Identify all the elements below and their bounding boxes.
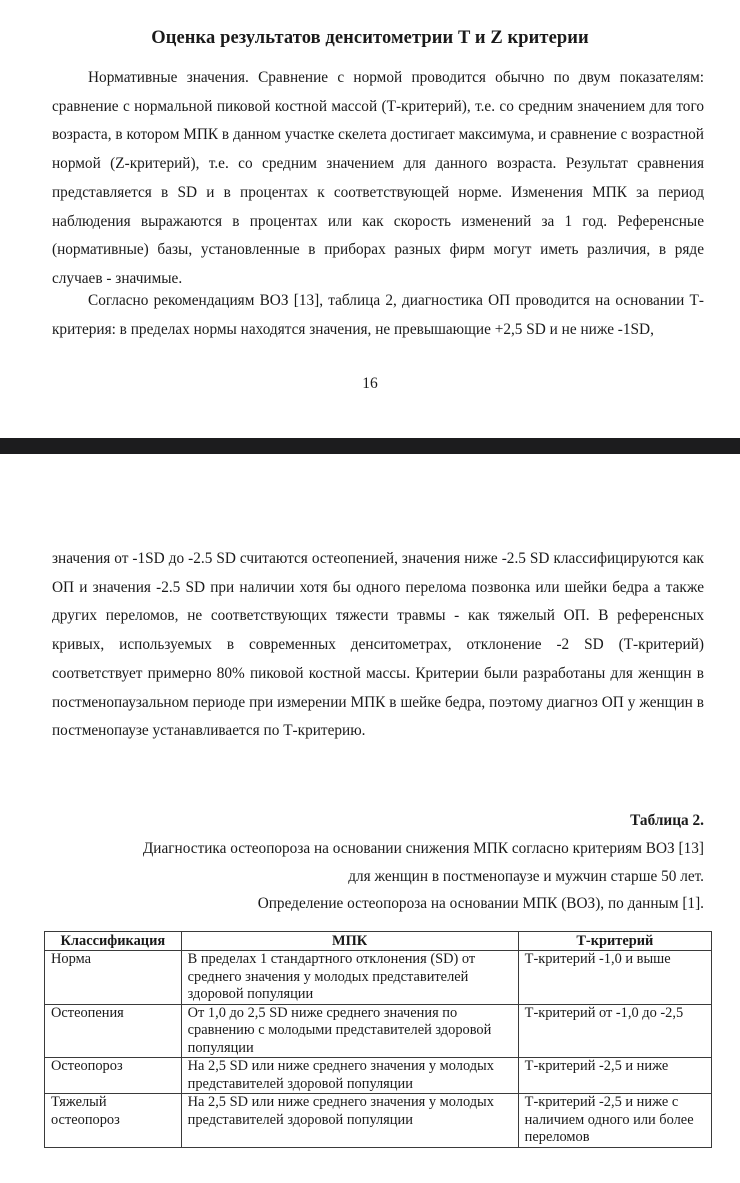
page-number: 16 xyxy=(0,375,740,393)
header-classification: Классификация xyxy=(45,932,182,951)
paragraph-text: Согласно рекомендациям ВОЗ [13], таблица… xyxy=(52,292,704,338)
cell-t-score: Т-критерий -2,5 и ниже xyxy=(518,1058,711,1094)
cell-t-score: Т-критерий -1,0 и выше xyxy=(518,951,711,1005)
cell-classification: Остеопороз xyxy=(45,1058,182,1094)
header-bmd: МПК xyxy=(181,932,518,951)
paragraph-normative-values: Нормативные значения. Сравнение с нормой… xyxy=(52,64,704,294)
table-label: Таблица 2. xyxy=(630,812,704,830)
table-caption-line-3: Определение остеопороза на основании МПК… xyxy=(258,895,704,913)
paragraph-who-recommendations: Согласно рекомендациям ВОЗ [13], таблица… xyxy=(52,287,704,344)
paragraph-osteopenia-criteria: значения от -1SD до -2.5 SD считаются ос… xyxy=(52,545,704,746)
cell-bmd: От 1,0 до 2,5 SD ниже среднего значения … xyxy=(181,1004,518,1058)
cell-classification: Остеопения xyxy=(45,1004,182,1058)
table-caption-line-2: для женщин в постменопаузе и мужчин стар… xyxy=(348,868,704,886)
table-row: Остеопороз На 2,5 SD или ниже среднего з… xyxy=(45,1058,712,1094)
cell-classification: Тяжелый остеопороз xyxy=(45,1094,182,1148)
cell-bmd: На 2,5 SD или ниже среднего значения у м… xyxy=(181,1058,518,1094)
cell-t-score: Т-критерий -2,5 и ниже с наличием одного… xyxy=(518,1094,711,1148)
cell-bmd: На 2,5 SD или ниже среднего значения у м… xyxy=(181,1094,518,1148)
table-header-row: Классификация МПК Т-критерий xyxy=(45,932,712,951)
page-break-divider xyxy=(0,438,740,454)
cell-t-score: Т-критерий от -1,0 до -2,5 xyxy=(518,1004,711,1058)
table-caption-line-1: Диагностика остеопороза на основании сни… xyxy=(143,840,704,858)
paragraph-text: Нормативные значения. Сравнение с нормой… xyxy=(52,69,704,287)
who-criteria-table: Классификация МПК Т-критерий Норма В пре… xyxy=(44,931,712,1148)
section-title: Оценка результатов денситометрии T и Z к… xyxy=(0,28,740,49)
table-row: Тяжелый остеопороз На 2,5 SD или ниже ср… xyxy=(45,1094,712,1148)
header-t-score: Т-критерий xyxy=(518,932,711,951)
table-row: Норма В пределах 1 стандартного отклонен… xyxy=(45,951,712,1005)
table-row: Остеопения От 1,0 до 2,5 SD ниже среднег… xyxy=(45,1004,712,1058)
cell-classification: Норма xyxy=(45,951,182,1005)
cell-bmd: В пределах 1 стандартного отклонения (SD… xyxy=(181,951,518,1005)
